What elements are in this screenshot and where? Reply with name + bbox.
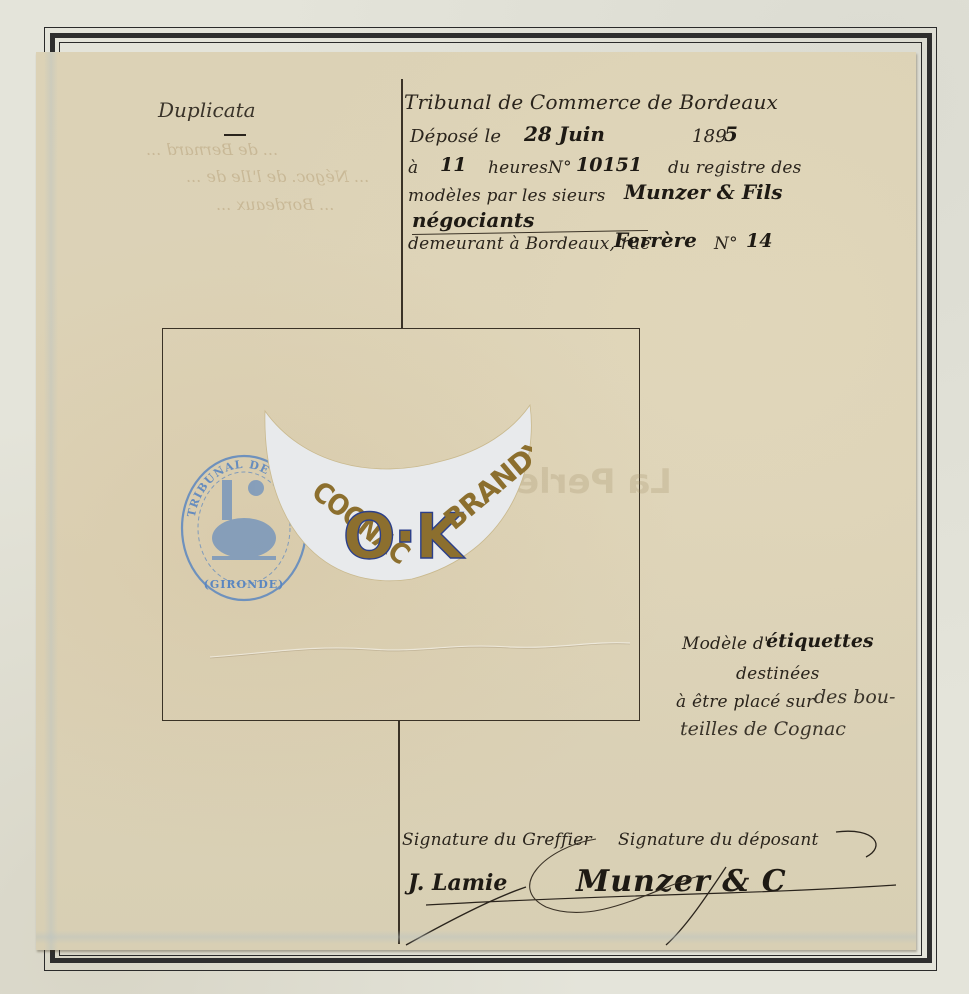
- description-bottles-hand: des bou-: [814, 686, 895, 708]
- bleed-through-print: La Perle: [516, 462, 672, 502]
- tribunal-title: Tribunal de Commerce de Bordeaux: [404, 90, 778, 114]
- description-model-of: Modèle d': [682, 634, 769, 654]
- bleed-through-line: ... Bordeaux ...: [216, 192, 334, 218]
- deposit-year-suffix: 5: [724, 122, 738, 146]
- description-cognac-hand: teilles de Cognac: [680, 718, 846, 740]
- hour-label: heures: [488, 158, 548, 178]
- hour-value: 11: [440, 154, 466, 176]
- deposit-label: Déposé le: [410, 126, 501, 147]
- duplicata-annotation: Duplicata: [158, 98, 256, 122]
- cognac-ok-label: COGNAC O·K BRANDY: [262, 403, 532, 583]
- annotation-underline: [224, 134, 246, 136]
- deposit-year-prefix: 189: [692, 126, 727, 147]
- models-text: modèles par les sieurs: [408, 186, 606, 206]
- description-labels-hand: étiquettes: [766, 630, 874, 652]
- depositor-name: Munzer & Fils: [624, 180, 782, 204]
- number-label: N°: [548, 158, 572, 178]
- bleed-through-line: ... de Bernard ...: [146, 137, 278, 163]
- street-name: Ferrère: [614, 228, 697, 252]
- deposit-date: 28 Juin: [524, 122, 605, 146]
- column-divider-top: [401, 79, 403, 329]
- registration-number: 10151: [576, 154, 642, 176]
- depositor-profession: négociants: [412, 208, 534, 232]
- street-number: 14: [746, 230, 772, 252]
- hour-prefix: à: [408, 158, 418, 178]
- street-number-label: N°: [714, 234, 738, 254]
- paper-crease: [210, 635, 630, 665]
- description-destined: destinées: [736, 664, 820, 684]
- signature-flourishes: [396, 827, 896, 947]
- register-text: du registre des: [668, 158, 802, 178]
- description-placed-on: à être placé sur: [676, 692, 814, 712]
- bleed-through-line: ... Négoc. de l'Ile de ...: [186, 164, 369, 190]
